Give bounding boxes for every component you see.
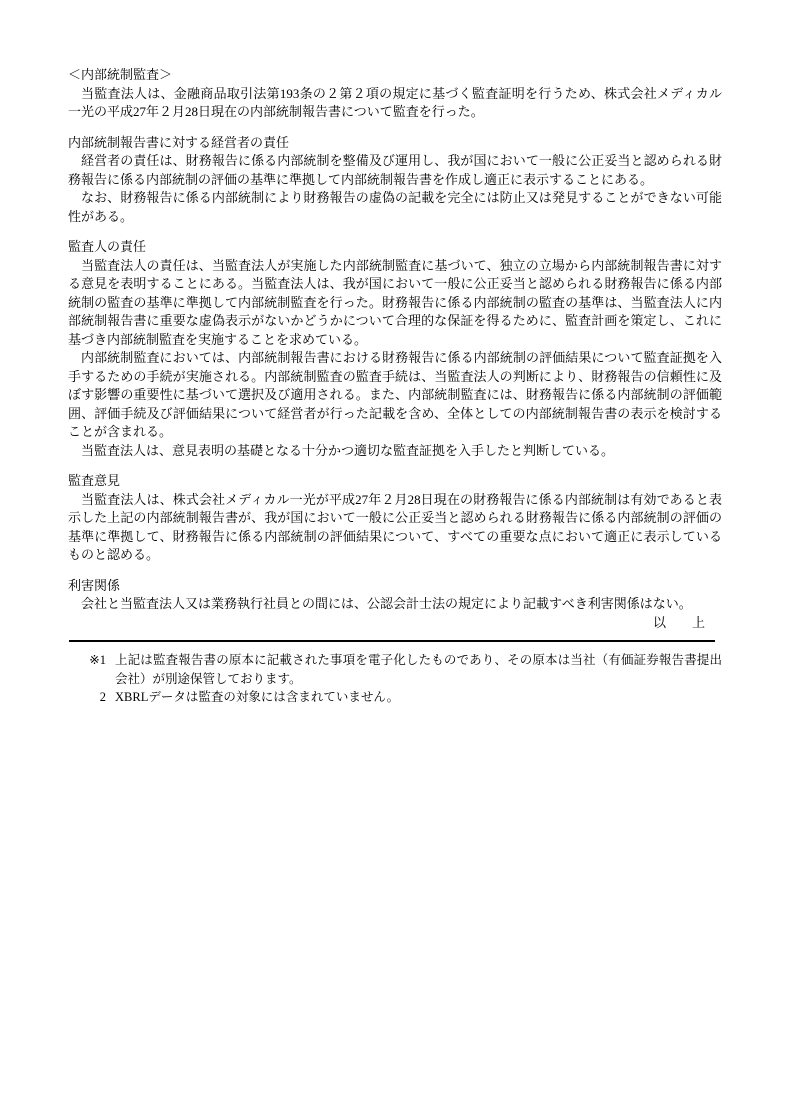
paragraph: 会社と当監査法人又は業務執行社員との間には、公認会計士法の規定により記載すべき利… xyxy=(68,595,722,614)
section-management-responsibility: 内部統制報告書に対する経営者の責任 経営者の責任は、財務報告に係る内部統制を整備… xyxy=(68,134,722,227)
audit-report-page: ＜内部統制監査＞ 当監査法人は、金融商品取引法第193条の２第２項の規定に基づく… xyxy=(0,0,790,1118)
footnote-text: XBRLデータは監査の対象には含まれていません。 xyxy=(115,688,722,707)
paragraph: 当監査法人の責任は、当監査法人が実施した内部統制監査に基づいて、独立の立場から内… xyxy=(68,257,722,350)
footnote-item: ※1 上記は監査報告書の原本に記載された事項を電子化したものであり、その原本は当… xyxy=(68,651,722,688)
footnote-text: 上記は監査報告書の原本に記載された事項を電子化したものであり、その原本は当社（有… xyxy=(115,651,722,688)
paragraph: 当監査法人は、意見表明の基礎となる十分かつ適切な監査証拠を入手したと判断している… xyxy=(68,442,722,461)
footnote-item: 2 XBRLデータは監査の対象には含まれていません。 xyxy=(68,688,722,707)
footnotes: ※1 上記は監査報告書の原本に記載された事項を電子化したものであり、その原本は当… xyxy=(68,651,722,707)
section-heading-management-responsibility: 内部統制報告書に対する経営者の責任 xyxy=(68,134,722,153)
footnote-divider xyxy=(69,640,715,642)
paragraph: なお、財務報告に係る内部統制により財務報告の虚偽の記載を完全には防止又は発見する… xyxy=(68,189,722,226)
paragraph: 内部統制監査においては、内部統制報告書における財務報告に係る内部統制の評価結果に… xyxy=(68,349,722,442)
footnote-marker: 2 xyxy=(82,688,106,707)
section-heading-auditor-responsibility: 監査人の責任 xyxy=(68,238,722,257)
intro-paragraph: 当監査法人は、金融商品取引法第193条の２第２項の規定に基づく監査証明を行うため… xyxy=(68,85,722,122)
paragraph: 当監査法人は、株式会社メディカル一光が平成27年２月28日現在の財務報告に係る内… xyxy=(68,491,722,565)
footnote-marker: ※1 xyxy=(82,651,106,688)
closing-mark: 以 上 xyxy=(68,614,722,633)
paragraph: 経営者の責任は、財務報告に係る内部統制を整備及び運用し、我が国において一般に公正… xyxy=(68,152,722,189)
section-auditor-responsibility: 監査人の責任 当監査法人の責任は、当監査法人が実施した内部統制監査に基づいて、独… xyxy=(68,238,722,460)
section-interest-relationship: 利害関係 会社と当監査法人又は業務執行社員との間には、公認会計士法の規定により記… xyxy=(68,577,722,614)
section-heading-audit-opinion: 監査意見 xyxy=(68,472,722,491)
section-audit-opinion: 監査意見 当監査法人は、株式会社メディカル一光が平成27年２月28日現在の財務報… xyxy=(68,472,722,565)
report-title: ＜内部統制監査＞ xyxy=(68,66,722,85)
section-heading-interest-relationship: 利害関係 xyxy=(68,577,722,596)
